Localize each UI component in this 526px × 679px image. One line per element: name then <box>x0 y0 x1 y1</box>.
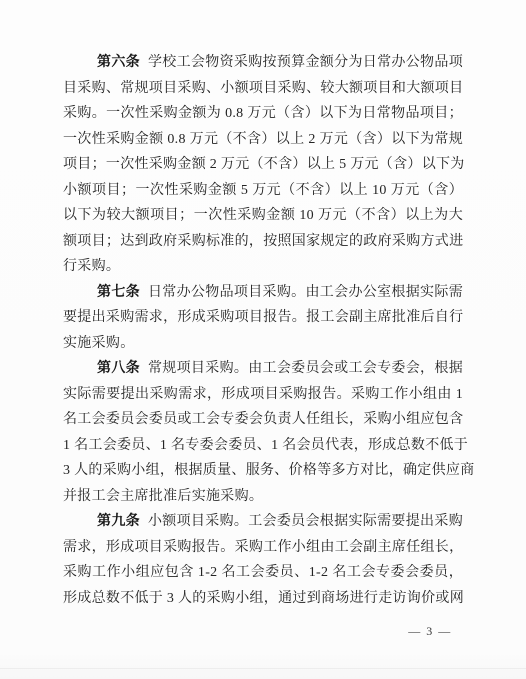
line-text: 3 人的采购小组，根据质量、服务、价格等多方对比，确定供应商 <box>63 463 475 478</box>
article-number: 第八条 <box>97 361 140 376</box>
line-text: 1 名工会委员、1 名专委会委员、1 名会员代表，形成总数不低于 <box>63 438 468 453</box>
text-line: 3 人的采购小组，根据质量、服务、价格等多方对比，确定供应商 <box>63 458 463 484</box>
text-line: 并报工会主席批准后实施采购。 <box>63 484 463 510</box>
text-line: 以下为较大额项目；一次性采购金额 10 万元（不含）以上为大 <box>63 203 463 229</box>
line-text: 采购。一次性采购金额为 0.8 万元（含）以下为日常物品项目； <box>63 106 463 121</box>
line-text: 名工会委员会委员或工会专委会负责人任组长，采购小组应包含 <box>63 412 463 427</box>
article-number: 第六条 <box>97 55 140 70</box>
line-text: 学校工会物资采购按预算金额分为日常办公物品项 <box>148 55 463 70</box>
page-number: — 3 — <box>400 623 460 639</box>
line-text: 要提出采购需求，形成采购项目报告。报工会副主席批准后自行 <box>63 310 463 325</box>
line-text: 小额项目采购。工会委员会根据实际需要提出采购 <box>148 514 463 529</box>
text-line: 小额项目；一次性采购金额 5 万元（不含）以上 10 万元（含） <box>63 178 463 204</box>
text-line: 要提出采购需求，形成采购项目报告。报工会副主席批准后自行 <box>63 305 463 331</box>
text-line: 形成总数不低于 3 人的采购小组，通过到商场进行走访询价或网 <box>63 586 463 612</box>
line-text: 项目；一次性采购金额 2 万元（不含）以上 5 万元（含）以下为 <box>63 157 465 172</box>
text-line: 采购工作小组应包含 1-2 名工会委员、1-2 名工会专委会委员， <box>63 560 463 586</box>
text-line: 需求，形成项目采购报告。采购工作小组由工会副主席任组长， <box>63 535 463 561</box>
scan-artifact-line <box>0 668 526 669</box>
text-line: 1 名工会委员、1 名专委会委员、1 名会员代表，形成总数不低于 <box>63 433 463 459</box>
text-line: 项目；一次性采购金额 2 万元（不含）以上 5 万元（含）以下为 <box>63 152 463 178</box>
text-line: 目采购、常规项目采购、小额项目采购、较大额项目和大额项目 <box>63 76 463 102</box>
text-line: 额项目；达到政府采购标准的，按照国家规定的政府采购方式进 <box>63 229 463 255</box>
document-body: 第六条学校工会物资采购按预算金额分为日常办公物品项 目采购、常规项目采购、小额项… <box>63 50 463 611</box>
line-text: 实施采购。 <box>63 336 135 351</box>
text-line: 实施采购。 <box>63 331 463 357</box>
text-line: 实际需要提出采购需求，形成项目采购报告。采购工作小组由 1 <box>63 382 463 408</box>
line-text: 常规项目采购。由工会委员会或工会专委会，根据 <box>148 361 463 376</box>
line-text: 目采购、常规项目采购、小额项目采购、较大额项目和大额项目 <box>63 81 463 96</box>
text-line: 采购。一次性采购金额为 0.8 万元（含）以下为日常物品项目； <box>63 101 463 127</box>
text-line: 行采购。 <box>63 254 463 280</box>
line-text: 日常办公物品项目采购。由工会办公室根据实际需 <box>148 285 463 300</box>
line-text: 并报工会主席批准后实施采购。 <box>63 489 263 504</box>
article-number: 第九条 <box>97 514 140 529</box>
text-line: 第六条学校工会物资采购按预算金额分为日常办公物品项 <box>63 50 463 76</box>
line-text: 实际需要提出采购需求，形成项目采购报告。采购工作小组由 1 <box>63 387 463 402</box>
line-text: 行采购。 <box>63 259 120 274</box>
line-text: 额项目；达到政府采购标准的，按照国家规定的政府采购方式进 <box>63 234 463 249</box>
line-text: 一次性采购金额 0.8 万元（不含）以上 2 万元（含）以下为常规 <box>63 132 463 147</box>
text-line: 第九条小额项目采购。工会委员会根据实际需要提出采购 <box>63 509 463 535</box>
text-line: 一次性采购金额 0.8 万元（不含）以上 2 万元（含）以下为常规 <box>63 127 463 153</box>
line-text: 形成总数不低于 3 人的采购小组，通过到商场进行走访询价或网 <box>63 591 464 606</box>
line-text: 需求，形成项目采购报告。采购工作小组由工会副主席任组长， <box>63 540 463 555</box>
text-line: 第八条常规项目采购。由工会委员会或工会专委会，根据 <box>63 356 463 382</box>
text-line: 第七条日常办公物品项目采购。由工会办公室根据实际需 <box>63 280 463 306</box>
article-number: 第七条 <box>97 285 140 300</box>
text-line: 名工会委员会委员或工会专委会负责人任组长，采购小组应包含 <box>63 407 463 433</box>
document-page: 第六条学校工会物资采购按预算金额分为日常办公物品项 目采购、常规项目采购、小额项… <box>0 0 526 679</box>
line-text: 以下为较大额项目；一次性采购金额 10 万元（不含）以上为大 <box>63 208 463 223</box>
line-text: 小额项目；一次性采购金额 5 万元（不含）以上 10 万元（含） <box>63 183 463 198</box>
line-text: 采购工作小组应包含 1-2 名工会委员、1-2 名工会专委会委员， <box>63 565 463 580</box>
